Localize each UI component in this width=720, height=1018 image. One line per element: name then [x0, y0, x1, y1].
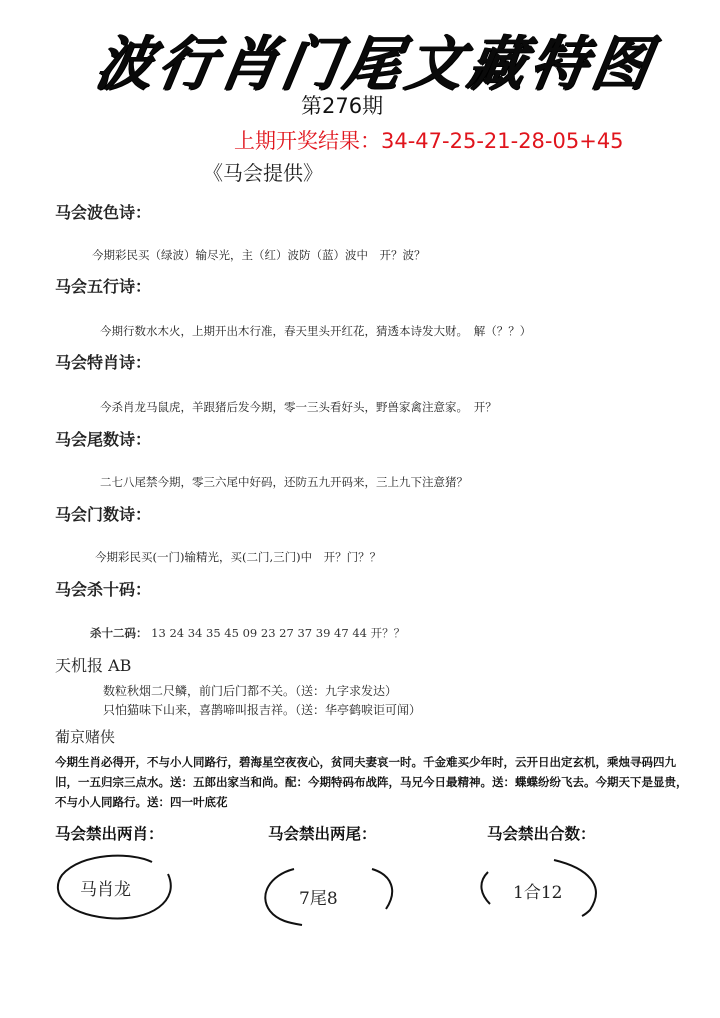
provider-label: 《马会提供》 [203, 157, 323, 186]
kill-twelve-numbers: 13 24 34 35 45 09 23 27 37 39 47 44 [151, 626, 367, 640]
kill-twelve-label: 杀十二码： [90, 626, 148, 640]
tianji-heading: 天机报 AB [55, 653, 131, 676]
last-result: 上期开奖结果：34-47-25-21-28-05+45 [234, 125, 624, 155]
section-heading-color-poem: 马会波色诗： [55, 200, 151, 223]
last-result-numbers: 34-47-25-21-28-05+45 [381, 129, 624, 153]
section-heading-five-elements: 马会五行诗： [55, 274, 151, 297]
forbidden-zodiac-value: 马肖龙 [80, 875, 131, 900]
tianji-line-2: 只怕猫味下山来，喜鹊啼叫报吉祥。（送：华亭鹤唳讵可闻） [103, 701, 421, 718]
issue-number: 第276期 [301, 90, 383, 120]
section-heading-gate-poem: 马会门数诗： [55, 502, 151, 525]
forbidden-tail-value: 7尾8 [299, 884, 338, 909]
section-text-gate-poem: 今期彩民买(一门)输精光，买(二门,三门)中 开？门？？ [95, 549, 381, 565]
kill-twelve-suffix: 开？？ [371, 626, 406, 640]
gambler-heading: 葡京赌侠 [55, 726, 115, 747]
forbidden-zodiac-heading: 马会禁出两肖： [55, 822, 164, 844]
tianji-line-1: 数粒秋烟二尺鳞，前门后门都不关。（送：九字求发达） [103, 682, 397, 699]
section-heading-tail-poem: 马会尾数诗： [55, 427, 151, 450]
gambler-text: 今期生肖必得开，不与小人同路行，碧海星空夜夜心，贫同夫妻哀一时。千金难买少年时，… [55, 752, 695, 812]
kill-twelve-line: 杀十二码： 13 24 34 35 45 09 23 27 37 39 47 4… [90, 625, 405, 641]
section-text-tail-poem: 二七八尾禁今期，零三六尾中好码，还防五九开码来，三上九下注意猪？ [100, 474, 468, 490]
section-text-color-poem: 今期彩民买（绿波）输尽光，主（红）波防（蓝）波中 开？波？ [92, 247, 426, 263]
forbidden-sum-value: 1合12 [513, 878, 562, 903]
section-text-zodiac-poem: 今杀肖龙马鼠虎，羊跟猪后发今期，零一三头看好头，野兽家禽注意家。 开？ [100, 399, 497, 415]
section-heading-kill-ten: 马会杀十码： [55, 577, 151, 600]
forbidden-tail-heading: 马会禁出两尾： [268, 822, 377, 844]
section-text-five-elements: 今期行数水木火，上期开出木行准，春天里头开红花，猜透本诗发大财。 解（？？） [100, 323, 531, 339]
section-heading-zodiac-poem: 马会特肖诗： [55, 350, 151, 373]
forbidden-sum-heading: 马会禁出合数： [487, 822, 596, 844]
last-result-label: 上期开奖结果： [234, 129, 381, 153]
